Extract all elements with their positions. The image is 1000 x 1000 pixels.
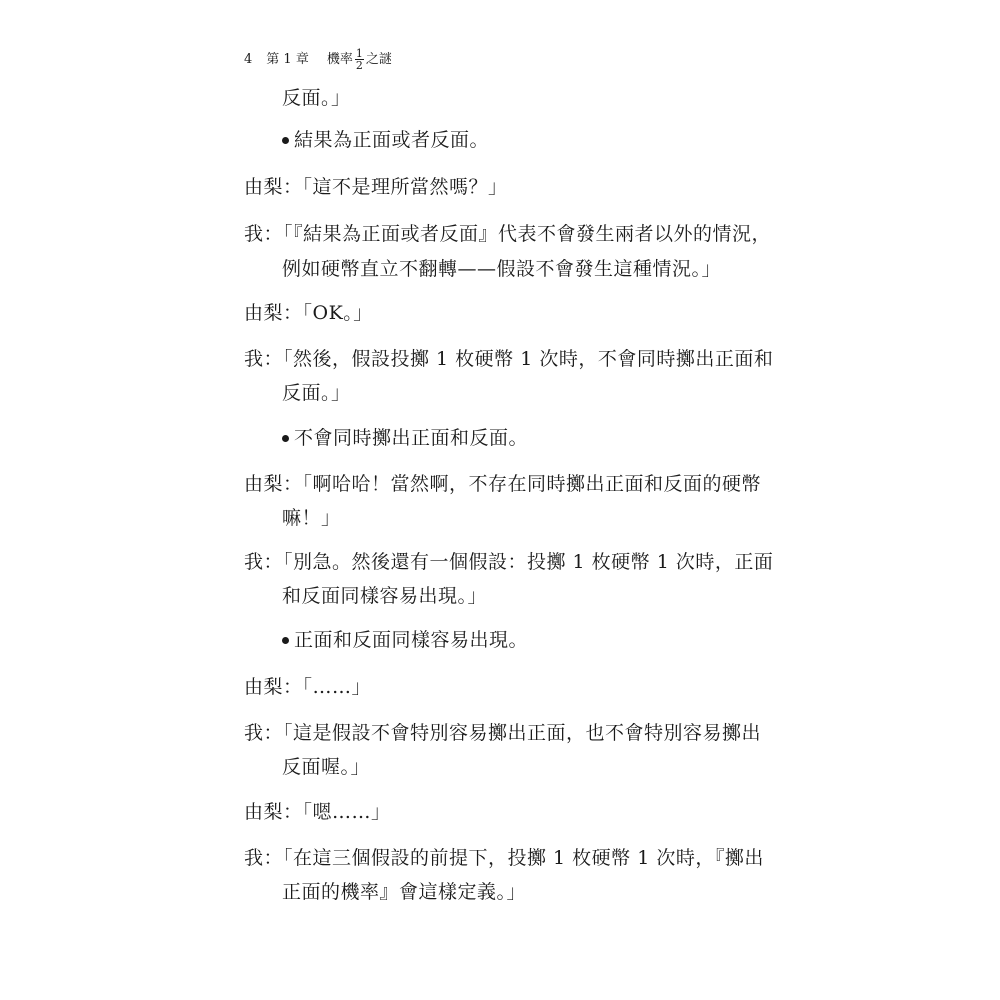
line-text: 我：「別急。然後還有一個假設：投擲 1 枚硬幣 1 次時，正面: [244, 551, 773, 573]
line-text: 我：「這是假設不會特別容易擲出正面，也不會特別容易擲出: [244, 722, 761, 744]
running-head: 4 第 1 章 機率 1 2 之謎: [244, 48, 392, 71]
dialogue-continuation: 正面的機率』會這樣定義。」: [282, 880, 526, 904]
bullet-icon: [282, 137, 289, 144]
chapter-title-prefix: 機率: [327, 50, 353, 70]
line-text: 我：「然後，假設投擲 1 枚硬幣 1 次時，不會同時擲出正面和: [244, 348, 773, 370]
line-text: 由梨：「啊哈哈！當然啊，不存在同時擲出正面和反面的硬幣: [244, 473, 761, 495]
line-text: 不會同時擲出正面和反面。: [294, 426, 528, 450]
line-text: 我：「在這三個假設的前提下，投擲 1 枚硬幣 1 次時，『擲出: [244, 847, 764, 869]
book-page: 4 第 1 章 機率 1 2 之謎 反面。」結果為正面或者反面。由梨：「這不是理…: [0, 0, 1000, 1000]
line-text: 反面喔。」: [282, 756, 370, 778]
fraction-one-half: 1 2: [355, 48, 364, 71]
dialogue-line: 由梨：「……」: [244, 675, 371, 699]
line-text: 結果為正面或者反面。: [294, 128, 489, 152]
bullet-icon: [282, 435, 289, 442]
line-text: 反面。」: [282, 382, 351, 404]
line-text: 反面。」: [282, 87, 351, 109]
line-text: 我：「『結果為正面或者反面』代表不會發生兩者以外的情況，: [244, 223, 771, 245]
fraction-denominator: 2: [355, 60, 364, 71]
line-text: 例如硬幣直立不翻轉——假設不會發生這種情況。」: [282, 258, 721, 280]
bullet-item: 不會同時擲出正面和反面。: [282, 426, 528, 450]
chapter-label: 第 1 章: [266, 50, 309, 70]
dialogue-continuation: 反面。」: [282, 86, 351, 110]
chapter-title-suffix: 之謎: [366, 50, 392, 70]
line-text: 正面的機率』會這樣定義。」: [282, 881, 526, 903]
dialogue-continuation: 嘛！」: [282, 506, 341, 530]
line-text: 由梨：「這不是理所當然嗎？」: [244, 176, 508, 198]
dialogue-line: 由梨：「OK。」: [244, 301, 373, 325]
dialogue-line: 我：「然後，假設投擲 1 枚硬幣 1 次時，不會同時擲出正面和: [244, 347, 773, 371]
dialogue-line: 由梨：「這不是理所當然嗎？」: [244, 175, 508, 199]
line-text: 由梨：「嗯……」: [244, 801, 391, 823]
page-number: 4: [244, 50, 252, 70]
dialogue-line: 我：「在這三個假設的前提下，投擲 1 枚硬幣 1 次時，『擲出: [244, 846, 764, 870]
dialogue-line: 我：「『結果為正面或者反面』代表不會發生兩者以外的情況，: [244, 222, 771, 246]
dialogue-continuation: 例如硬幣直立不翻轉——假設不會發生這種情況。」: [282, 257, 721, 281]
dialogue-line: 由梨：「嗯……」: [244, 800, 391, 824]
dialogue-continuation: 反面喔。」: [282, 755, 370, 779]
bullet-item: 正面和反面同樣容易出現。: [282, 628, 528, 652]
dialogue-line: 由梨：「啊哈哈！當然啊，不存在同時擲出正面和反面的硬幣: [244, 472, 761, 496]
line-text: 由梨：「OK。」: [244, 302, 373, 324]
dialogue-line: 我：「這是假設不會特別容易擲出正面，也不會特別容易擲出: [244, 721, 761, 745]
line-text: 和反面同樣容易出現。」: [282, 585, 487, 607]
dialogue-continuation: 反面。」: [282, 381, 351, 405]
line-text: 正面和反面同樣容易出現。: [294, 628, 528, 652]
bullet-item: 結果為正面或者反面。: [282, 128, 489, 152]
line-text: 嘛！」: [282, 507, 341, 529]
bullet-icon: [282, 637, 289, 644]
dialogue-line: 我：「別急。然後還有一個假設：投擲 1 枚硬幣 1 次時，正面: [244, 550, 773, 574]
line-text: 由梨：「……」: [244, 676, 371, 698]
dialogue-continuation: 和反面同樣容易出現。」: [282, 584, 487, 608]
